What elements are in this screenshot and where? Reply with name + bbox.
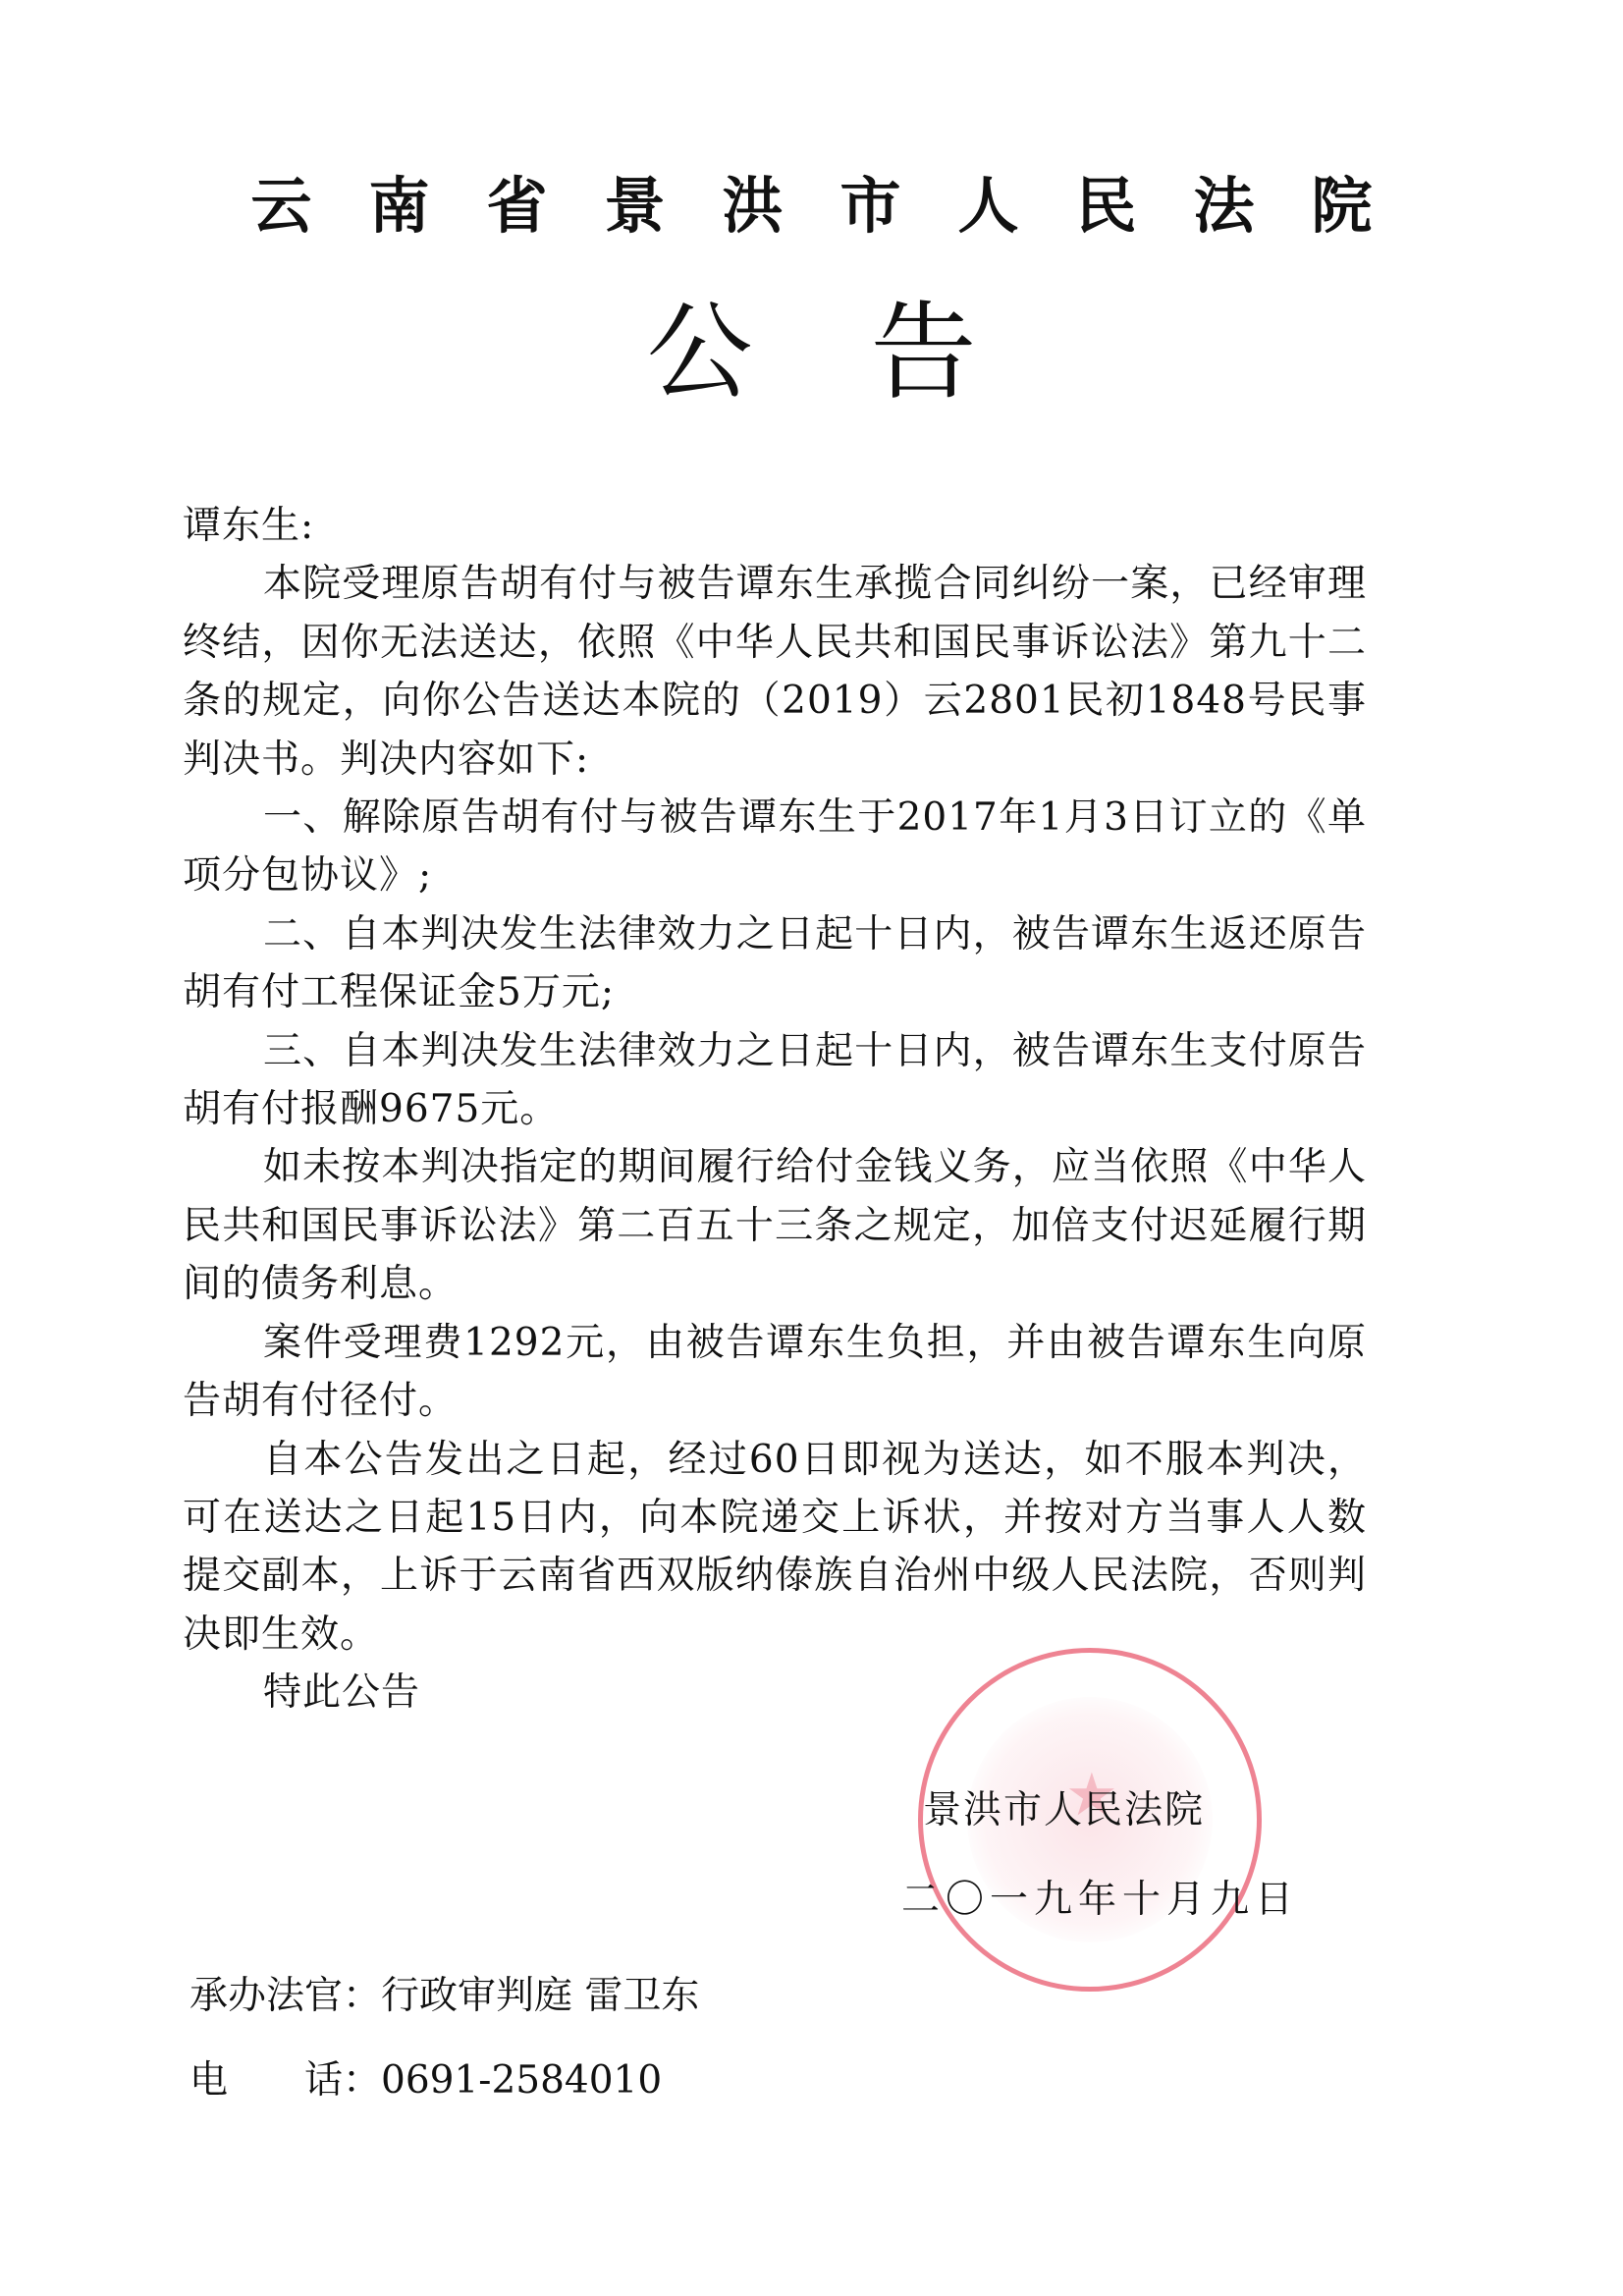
signing-court: 景洪市人民法院 [923,1782,1205,1839]
paragraph-case-intro: 本院受理原告胡有付与被告谭东生承揽合同纠纷一案，已经审理终结，因你无法送达，依照… [183,555,1367,789]
paragraph-case-fee: 案件受理费1292元，由被告谭东生负担，并由被告谭东生向原告胡有付径付。 [183,1314,1367,1431]
judge-label: 承办法官： [189,1974,381,2018]
addressee: 谭东生: [183,497,1367,555]
paragraph-appeal: 自本公告发出之日起，经过60日即视为送达，如不服本判决，可在送达之日起15日内，… [183,1431,1367,1665]
judge-value: 行政审判庭 雷卫东 [381,1974,699,2018]
notice-body: 谭东生: 本院受理原告胡有付与被告谭东生承揽合同纠纷一案，已经审理终结，因你无法… [183,497,1367,1722]
phone-row: 电 话：0691-2584010 [189,2039,699,2123]
court-name-heading: 云南省景洪市人民法院 [0,169,1623,244]
phone-label: 电 话： [189,2058,381,2103]
phone-value: 0691-2584010 [381,2058,662,2103]
signing-date: 二〇一九年十月九日 [901,1872,1299,1929]
judgment-item-2: 二、自本判决发生法律效力之日起十日内，被告谭东生返还原告胡有付工程保证金5万元; [183,905,1367,1022]
paragraph-late-payment: 如未按本判决指定的期间履行给付金钱义务，应当依照《中华人民共和国民事诉讼法》第二… [183,1138,1367,1313]
judgment-item-1: 一、解除原告胡有付与被告谭东生于2017年1月3日订立的《单项分包协议》; [183,789,1367,905]
judgment-item-3: 三、自本判决发生法律效力之日起十日内，被告谭东生支付原告胡有付报酬9675元。 [183,1022,1367,1139]
contact-footer: 承办法官：行政审判庭 雷卫东 电 话：0691-2584010 [189,1954,699,2123]
document-title: 公告 [0,295,1623,412]
judge-row: 承办法官：行政审判庭 雷卫东 [189,1954,699,2039]
